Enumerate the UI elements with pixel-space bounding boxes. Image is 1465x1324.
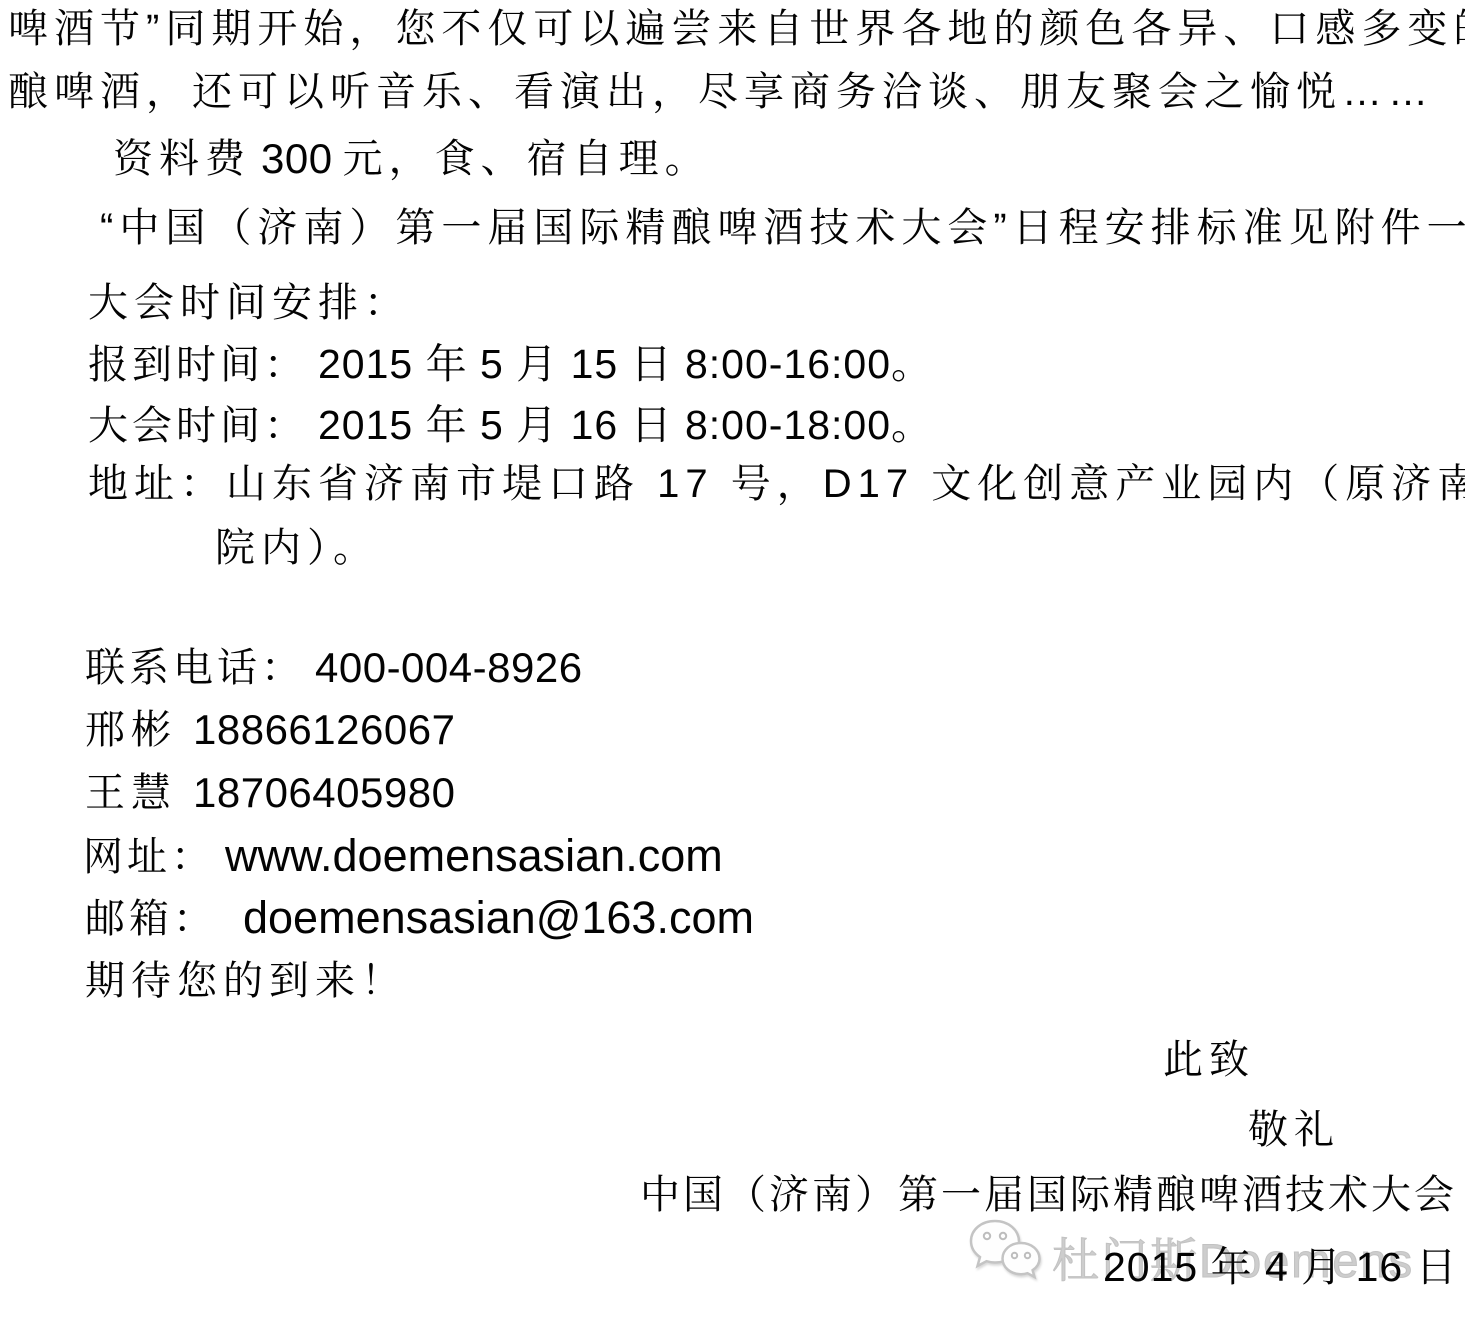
intro-line-1: 啤酒节”同期开始，您不仅可以遍尝来自世界各地的颜色各异、口感多变的精 [8,5,1457,53]
contact-phone: 18866126067 [193,706,455,753]
hotline-number: 400-004-8926 [315,644,583,691]
fee-text-pre: 资料费 [113,137,251,181]
attachment-note-line: “中国（济南）第一届国际精酿啤酒技术大会”日程安排标准见附件一。 [100,204,1457,252]
checkin-value: 2015 年 5 月 15 日 8:00-16:00。 [318,341,933,387]
website-line: 网址：www.doemensasian.com [83,829,723,883]
contact-name: 邢彬 [85,708,177,752]
fee-text-post: 元，食、宿自理。 [343,137,711,181]
conference-value: 2015 年 5 月 16 日 8:00-18:00。 [318,402,933,448]
email-label: 邮箱： [85,897,217,941]
intro-line-2: 酿啤酒，还可以听音乐、看演出，尽享商务洽谈、朋友聚会之愉悦…… [8,68,1434,116]
document-page: 啤酒节”同期开始，您不仅可以遍尝来自世界各地的颜色各异、口感多变的精 酿啤酒，还… [0,0,1465,1324]
contact-row: 王慧18706405980 [85,768,455,818]
contact-phone: 18706405980 [193,769,455,816]
email-value: doemensasian@163.com [243,892,754,943]
contact-row: 邢彬18866126067 [85,705,455,755]
salutation-jingli: 敬礼 [1248,1106,1340,1154]
wechat-icon [966,1216,1046,1291]
address-line-2: 院内）。 [215,524,379,572]
fee-line: 资料费300元，食、宿自理。 [113,134,711,184]
date-line: 2015 年 4 月 16 日 [1103,1243,1458,1292]
checkin-label: 报到时间： [88,343,308,387]
date-value: 2015 年 4 月 16 日 [1103,1244,1458,1290]
conference-label: 大会时间： [88,404,308,448]
hotline-line: 联系电话：400-004-8926 [85,643,583,693]
email-line: 邮箱：doemensasian@163.com [85,891,754,945]
checkin-time-line: 报到时间：2015 年 5 月 15 日 8:00-16:00。 [88,340,933,389]
conference-time-line: 大会时间：2015 年 5 月 16 日 8:00-18:00。 [88,401,933,450]
signature-line: 中国（济南）第一届国际精酿啤酒技术大会 [640,1171,1457,1219]
website-value: www.doemensasian.com [225,830,723,881]
hotline-label: 联系电话： [85,646,305,690]
contact-name: 王慧 [85,771,177,815]
schedule-heading: 大会时间安排： [88,279,410,327]
salutation-cizhi: 此致 [1163,1036,1255,1084]
closing-line: 期待您的到来！ [85,957,407,1005]
address-line-1: 地址：山东省济南市堤口路 17 号，D17 文化创意产业园内（原济南啤酒厂 [88,460,1457,508]
fee-amount: 300 [261,135,333,182]
website-label: 网址： [83,835,215,879]
